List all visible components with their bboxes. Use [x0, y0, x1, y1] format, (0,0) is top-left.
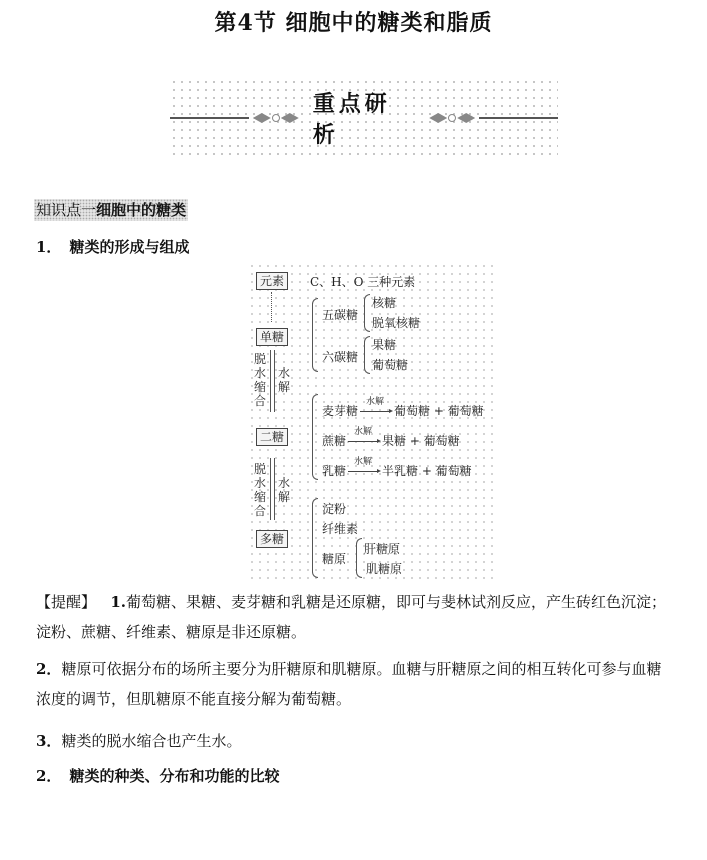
arrow-up-icon [274, 458, 275, 520]
divider [479, 117, 558, 119]
reminder-label: 【提醒】 [36, 593, 96, 611]
ornament-icon [253, 113, 299, 123]
monosaccharide-box: 单糖 [256, 328, 288, 346]
disaccharide-products: 半乳糖 + 葡萄糖 [382, 462, 472, 479]
hexose-label: 六碳糖 [322, 348, 358, 365]
arrow-right-icon [348, 471, 378, 472]
arrow-label: 水解 [354, 424, 372, 437]
paragraph-number: 3． [36, 732, 61, 750]
polysaccharide-item: 糖原 [322, 550, 346, 567]
section-text: 糖类的种类、分布和功能的比较 [69, 767, 279, 785]
brace-icon [312, 394, 318, 480]
disaccharide-products: 果糖 + 葡萄糖 [382, 432, 460, 449]
carbohydrate-diagram: 元素 C、H、O 三种元素 单糖 五碳糖 核糖 脱氧核糖 六碳糖 果糖 葡萄糖 … [248, 262, 498, 580]
section-number: 1． [36, 238, 61, 256]
arrow-right-icon [348, 441, 378, 442]
divider [170, 117, 249, 119]
disaccharide-name: 麦芽糖 [322, 402, 358, 419]
knowledge-point-heading: 知识点一细胞中的糖类 [34, 199, 188, 221]
arrow-right-icon [360, 411, 390, 412]
polysaccharide-item: 淀粉 [322, 500, 346, 517]
paragraph-number: 2． [36, 660, 61, 678]
arrow-down-icon [270, 350, 271, 412]
brace-icon [312, 498, 318, 578]
disaccharide-name: 乳糖 [322, 462, 346, 479]
glycogen-item: 肝糖原 [364, 540, 400, 557]
paragraph-text: 糖类的脱水缩合也产生水。 [61, 732, 241, 750]
hexose-item: 葡萄糖 [372, 356, 408, 373]
arrow-down-icon [270, 458, 271, 520]
disaccharide-box: 二糖 [256, 428, 288, 446]
knowledge-point-topic: 细胞中的糖类 [96, 199, 186, 221]
disaccharide-products: 葡萄糖 + 葡萄糖 [394, 402, 484, 419]
pentose-item: 脱氧核糖 [372, 314, 420, 331]
brace-icon [312, 298, 318, 372]
section-banner: 重点研析 [170, 78, 558, 158]
banner-title: 重点研析 [303, 87, 425, 149]
paragraph-text: 葡萄糖、果糖、麦芽糖和乳糖是还原糖，即可与斐林试剂反应，产生砖红色沉淀；淀粉、蔗… [36, 593, 666, 641]
knowledge-point-prefix: 知识点一 [36, 199, 96, 221]
arrow-up-icon [274, 350, 275, 412]
brace-icon [364, 336, 370, 374]
arrow-down-icon [271, 292, 272, 322]
pentose-item: 核糖 [372, 294, 396, 311]
paragraph-number: 1. [110, 593, 126, 611]
elements-box: 元素 [256, 272, 288, 290]
pentose-label: 五碳糖 [322, 306, 358, 323]
hydrolysis-label-1: 水解 [278, 366, 290, 394]
arrow-label: 水解 [366, 394, 384, 407]
reminder-paragraph-1: 【提醒】 1.葡萄糖、果糖、麦芽糖和乳糖是还原糖，即可与斐林试剂反应，产生砖红色… [36, 587, 676, 647]
section-text: 糖类的形成与组成 [69, 238, 189, 256]
hexose-item: 果糖 [372, 336, 396, 353]
brace-icon [356, 538, 362, 578]
paragraph-text: 糖原可依据分布的场所主要分为肝糖原和肌糖原。血糖与肝糖原之间的相互转化可参与血糖… [36, 660, 661, 708]
reminder-paragraph-2: 2．糖原可依据分布的场所主要分为肝糖原和肌糖原。血糖与肝糖原之间的相互转化可参与… [36, 654, 676, 714]
section-heading-2: 2．糖类的种类、分布和功能的比较 [36, 765, 279, 786]
polysaccharide-box: 多糖 [256, 530, 288, 548]
glycogen-item: 肌糖原 [366, 560, 402, 577]
brace-icon [364, 294, 370, 332]
arrow-label: 水解 [354, 454, 372, 467]
elements-text: C、H、O 三种元素 [310, 273, 415, 290]
polysaccharide-item: 纤维素 [322, 520, 358, 537]
section-number: 2． [36, 767, 61, 785]
reminder-paragraph-3: 3．糖类的脱水缩合也产生水。 [36, 726, 676, 756]
hydrolysis-label-2: 水解 [278, 476, 290, 504]
section-heading-1: 1．糖类的形成与组成 [36, 236, 189, 257]
page-title: 第4节 细胞中的糖类和脂质 [0, 6, 707, 37]
condense-label-2: 脱水缩合 [254, 462, 266, 518]
disaccharide-name: 蔗糖 [322, 432, 346, 449]
ornament-icon [429, 113, 475, 123]
condense-label-1: 脱水缩合 [254, 352, 266, 408]
